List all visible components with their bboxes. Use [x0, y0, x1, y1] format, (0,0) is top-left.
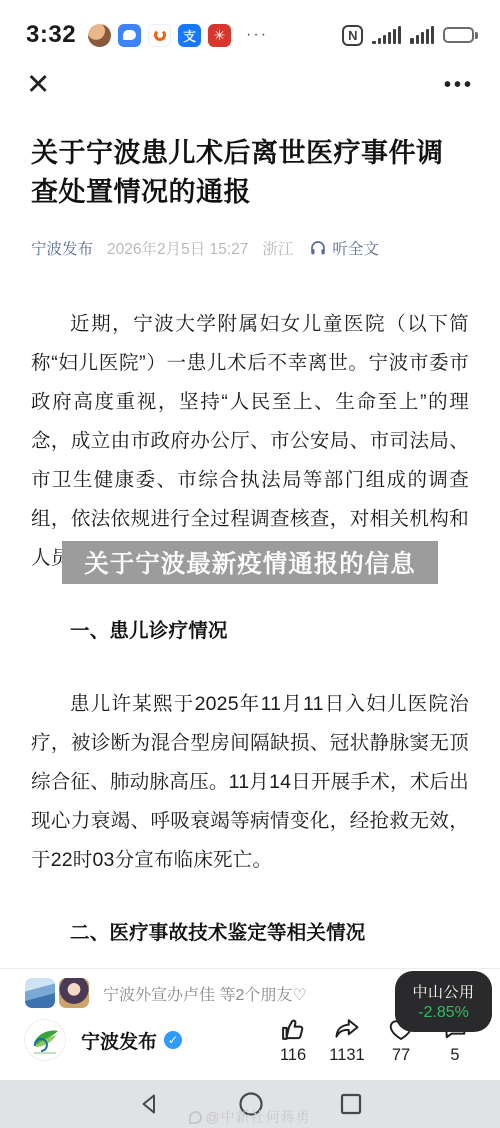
weibo-logo-icon	[189, 1111, 202, 1124]
news-app-icon: ✳	[208, 24, 231, 47]
ningbo-fabu-logo-icon	[28, 1023, 62, 1057]
publish-date: 2026年2月5日 15:27	[107, 237, 248, 259]
listen-label: 听全文	[332, 237, 379, 259]
weibo-watermark: @中新社何蒋勇	[0, 1107, 500, 1127]
article-body: 近期，宁波大学附属妇女儿童医院（以下简称“妇儿医院”）一患儿术后不幸离世。宁波市…	[31, 305, 469, 1026]
phone-screen: 3:32 支 ✳ ··· N ✕ ••• 关于宁波患儿术后离世医疗事	[0, 0, 500, 1128]
friend-avatar-2	[59, 978, 89, 1008]
headphones-icon	[309, 239, 327, 257]
signal-icon-sim2	[410, 26, 434, 44]
stock-ticker-widget[interactable]: 中山公用 -2.85%	[395, 971, 492, 1032]
thumbs-up-icon	[279, 1015, 307, 1043]
share-count: 1131	[329, 1046, 364, 1065]
account-logo[interactable]	[24, 1019, 66, 1061]
caption-overlay-banner: 关于宁波最新疫情通报的信息	[62, 541, 438, 584]
source-account-link[interactable]: 宁波发布	[31, 237, 93, 259]
section-heading-1: 一、患儿诊疗情况	[31, 612, 469, 651]
messages-app-icon	[118, 24, 141, 47]
more-notifications-icon: ···	[246, 26, 268, 44]
battery-icon	[443, 27, 478, 43]
paragraph-intro: 近期，宁波大学附属妇女儿童医院（以下简称“妇儿医院”）一患儿术后不幸离世。宁波市…	[31, 305, 469, 578]
share-button[interactable]: 1131	[320, 1015, 374, 1065]
nfc-icon: N	[342, 25, 363, 46]
like-button[interactable]: 116	[266, 1015, 320, 1065]
account-name[interactable]: 宁波发布	[81, 1027, 157, 1054]
share-arrow-icon	[333, 1015, 361, 1043]
status-bar: 3:32 支 ✳ ··· N	[0, 0, 500, 58]
publish-location: 浙江	[262, 237, 293, 259]
more-menu-icon[interactable]: •••	[444, 74, 474, 97]
article-meta: 宁波发布 2026年2月5日 15:27 浙江 听全文	[31, 237, 469, 259]
notification-icons: 支 ✳ ···	[88, 24, 268, 47]
status-indicators: N	[342, 25, 478, 46]
alipay-app-icon: 支	[178, 24, 201, 47]
watermark-text: @中新社何蒋勇	[205, 1109, 310, 1125]
stock-change: -2.85%	[418, 1004, 469, 1022]
signal-icon-sim1	[372, 26, 401, 44]
verified-badge-icon: ✓	[164, 1031, 182, 1049]
food-app-icon	[148, 24, 171, 47]
stock-name: 中山公用	[412, 981, 474, 1002]
webview-header: ✕ •••	[0, 58, 500, 112]
friends-read-label: 宁波外宣办卢佳 等2个朋友♡	[103, 982, 307, 1005]
listen-full-text-button[interactable]: 听全文	[309, 237, 379, 259]
section-heading-2: 二、医疗事故技术鉴定等相关情况	[31, 914, 469, 953]
article-title: 关于宁波患儿术后离世医疗事件调查处置情况的通报	[31, 134, 469, 211]
comment-count: 5	[450, 1046, 459, 1065]
friend-avatar-1	[25, 978, 55, 1008]
contact-avatar-icon	[88, 24, 111, 47]
close-icon[interactable]: ✕	[26, 71, 50, 100]
like-count: 116	[280, 1046, 306, 1065]
clock: 3:32	[26, 21, 76, 49]
favorite-count: 77	[392, 1046, 410, 1065]
paragraph-treatment: 患儿许某熙于2025年11月11日入妇儿医院治疗，被诊断为混合型房间隔缺损、冠状…	[31, 685, 469, 880]
